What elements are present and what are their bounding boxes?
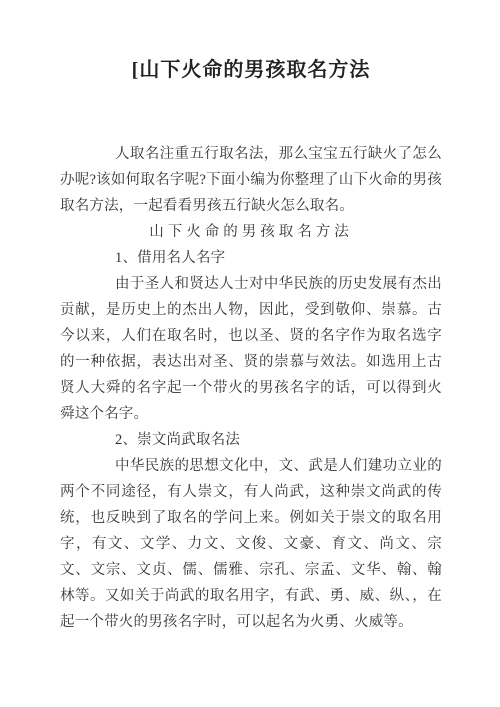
document-title: [山下火命的男孩取名方法 <box>60 56 442 84</box>
document-body: 人取名注重五行取名法，那么宝宝五行缺火了怎么办呢?该如何取名字呢?下面小编为你整… <box>60 141 442 635</box>
method-1-heading: 1、借用名人名字 <box>60 245 442 271</box>
document-page: [山下火命的男孩取名方法 人取名注重五行取名法，那么宝宝五行缺火了怎么办呢?该如… <box>0 0 500 707</box>
method-2-heading: 2、崇文尚武取名法 <box>60 427 442 453</box>
method-2-paragraph: 中华民族的思想文化中，文、武是人们建功立业的两个不同途径，有人崇文，有人尚武，这… <box>60 453 442 635</box>
section-subtitle: 山下火命的男孩取名方法 <box>60 219 442 245</box>
method-1-paragraph: 由于圣人和贤达人士对中华民族的历史发展有杰出贡献，是历史上的杰出人物，因此，受到… <box>60 271 442 427</box>
intro-paragraph: 人取名注重五行取名法，那么宝宝五行缺火了怎么办呢?该如何取名字呢?下面小编为你整… <box>60 141 442 219</box>
